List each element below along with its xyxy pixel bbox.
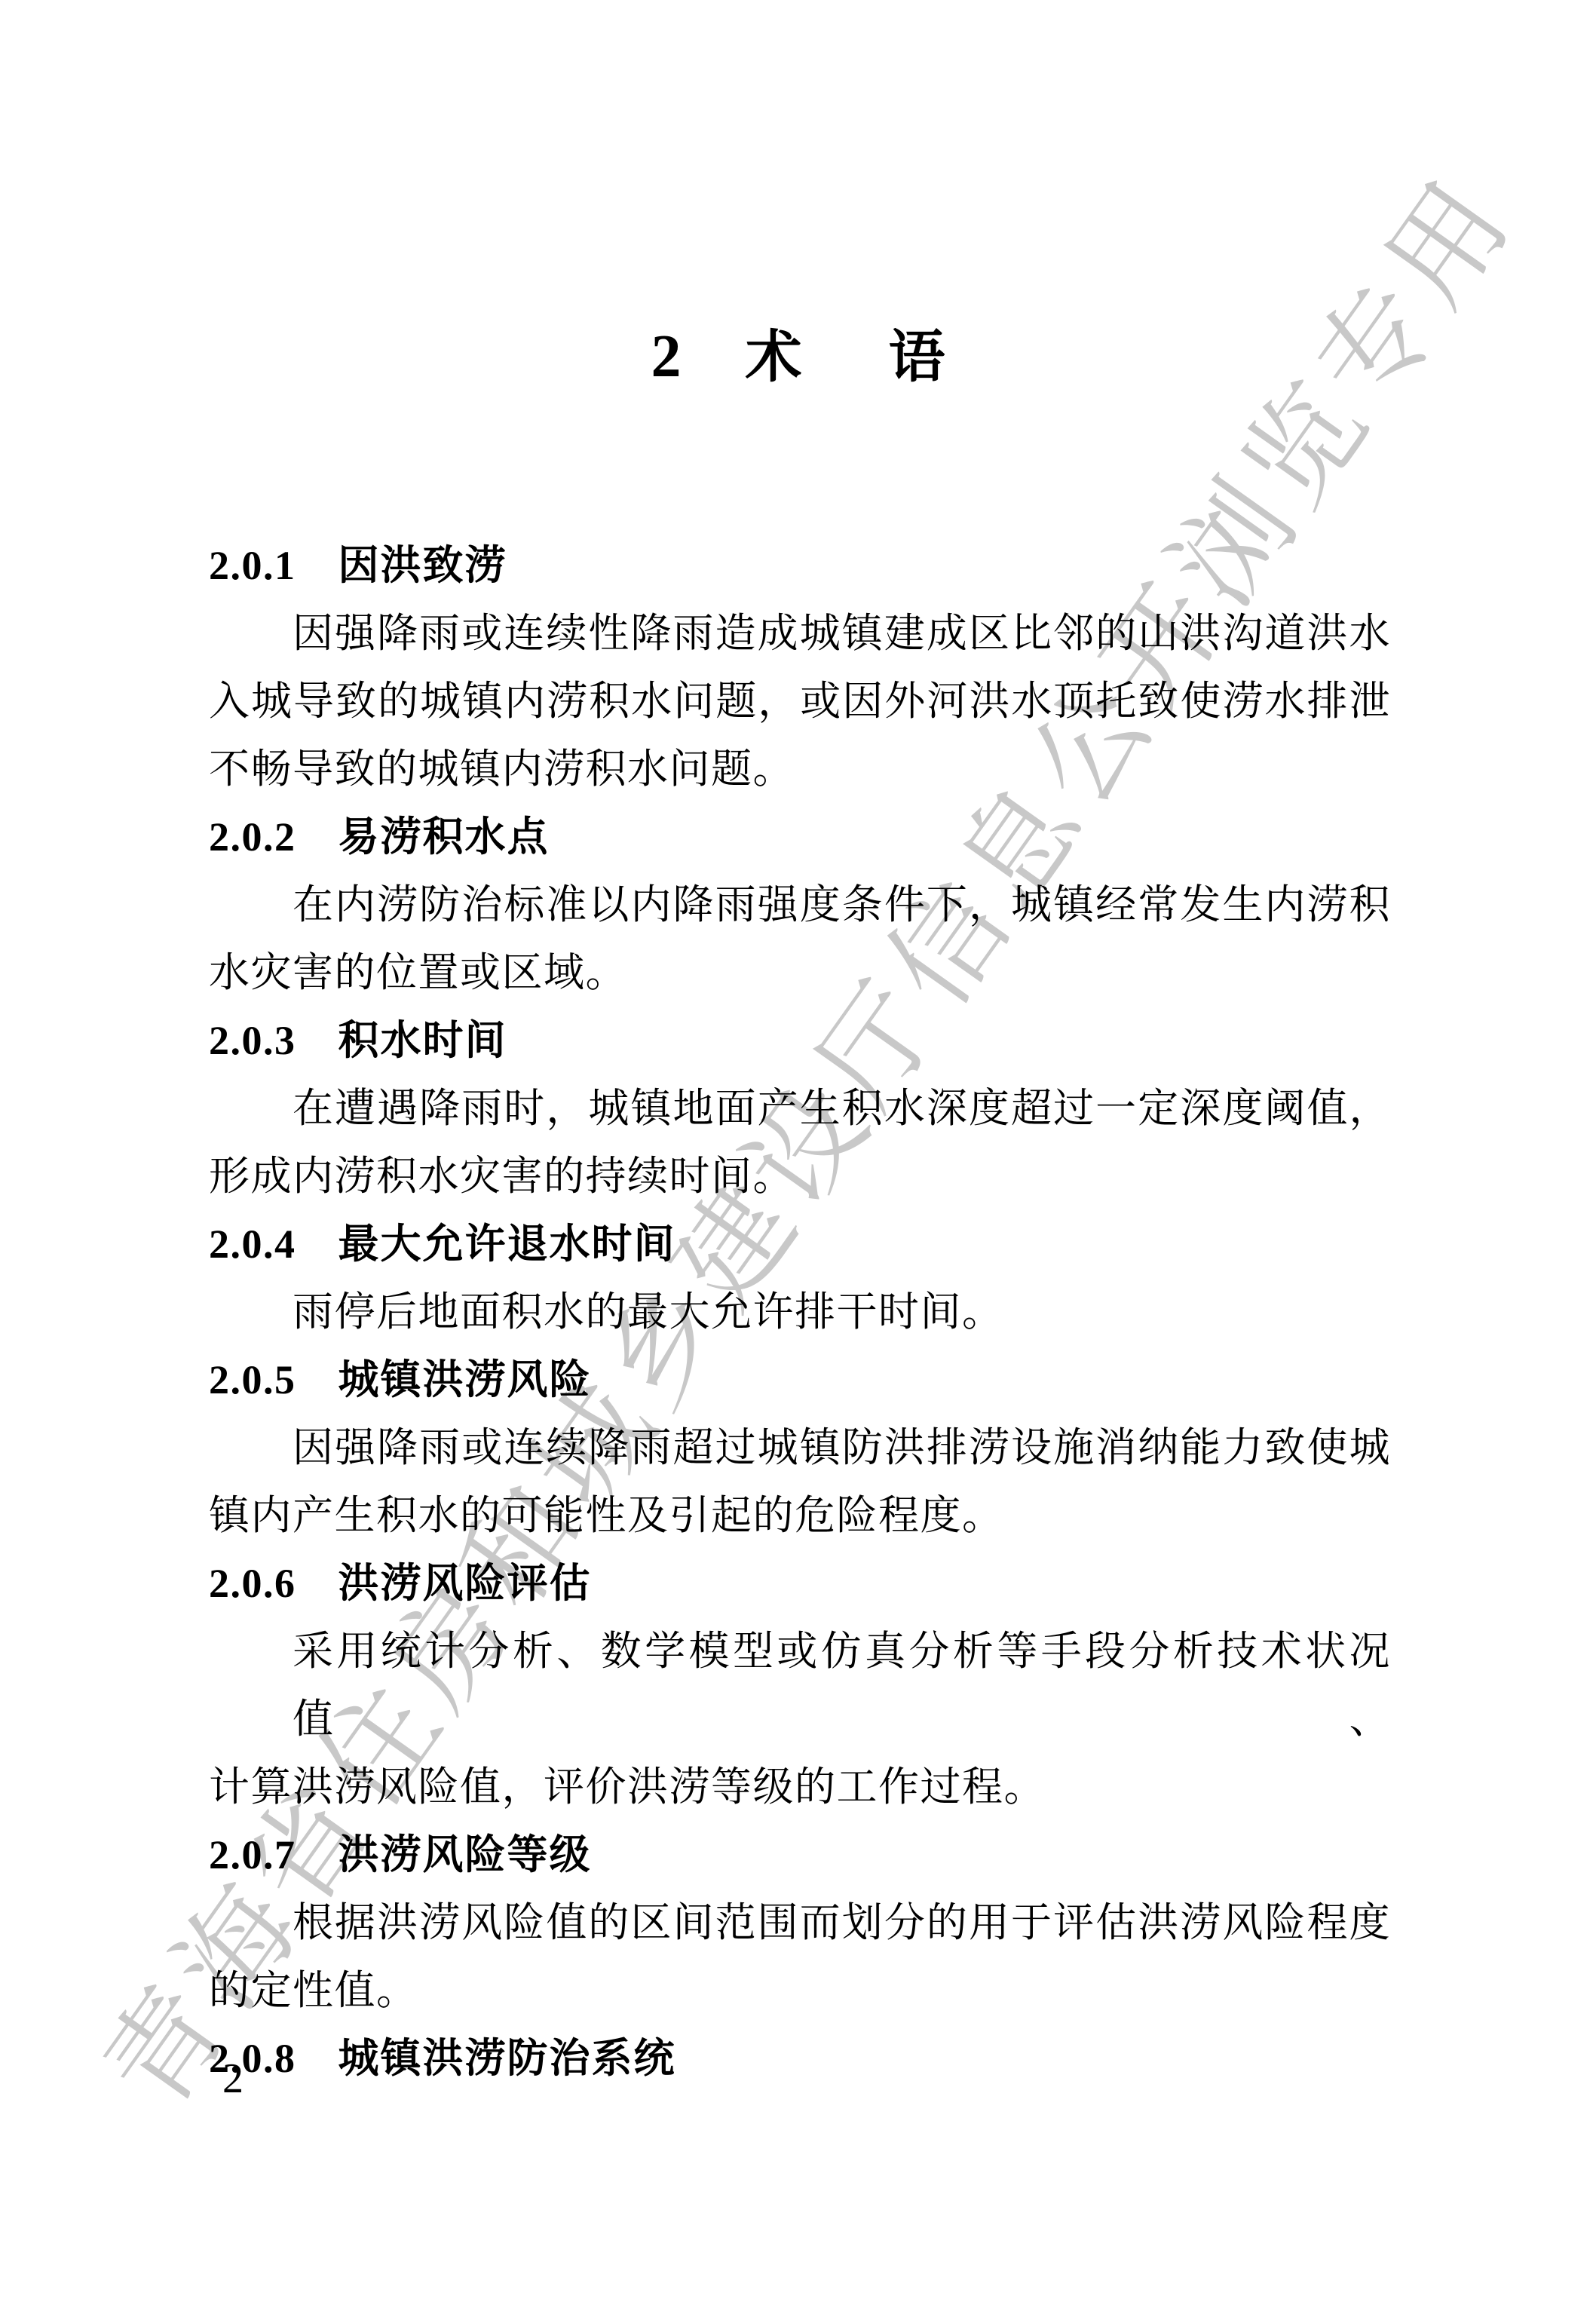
chapter-number: 2	[651, 323, 681, 390]
clause-number: 2.0.6	[209, 1561, 296, 1606]
paragraph-line: 在遭遇降雨时，城镇地面产生积水深度超过一定深度阈值，	[209, 1074, 1391, 1142]
clause-heading-2-0-3: 2.0.3积水时间	[209, 1007, 1391, 1074]
document-page: 青海省住房和城乡建设厅信息公开浏览专用 2术语 2.0.1因洪致涝 因强降雨或连…	[0, 0, 1596, 2314]
clause-term: 城镇洪涝防治系统	[338, 2036, 676, 2081]
clause-heading-2-0-2: 2.0.2易涝积水点	[209, 803, 1391, 871]
terms-body: 2.0.1因洪致涝 因强降雨或连续性降雨造成城镇建成区比邻的山洪沟道洪水 入城导…	[209, 532, 1391, 2092]
chapter-title: 2术语	[0, 323, 1596, 407]
clause-term: 洪涝风险评估	[338, 1561, 592, 1606]
clause-number: 2.0.7	[209, 1832, 296, 1877]
clause-number: 2.0.5	[209, 1357, 296, 1402]
paragraph-line: 入城导致的城镇内涝积水问题，或因外河洪水顶托致使涝水排泄	[209, 667, 1391, 735]
clause-number: 2.0.1	[209, 543, 296, 588]
paragraph-line: 形成内涝积水灾害的持续时间。	[209, 1142, 1391, 1210]
paragraph-line: 不畅导致的城镇内涝积水问题。	[209, 735, 1391, 803]
page-number: 2	[222, 2045, 244, 2113]
chapter-title-word-2: 语	[889, 325, 945, 388]
paragraph-line: 采用统计分析、数学模型或仿真分析等手段分析技术状况值、	[209, 1617, 1391, 1753]
paragraph-line: 的定性值。	[209, 1957, 1391, 2024]
clause-term: 洪涝风险等级	[338, 1832, 592, 1877]
clause-heading-2-0-7: 2.0.7洪涝风险等级	[209, 1821, 1391, 1889]
clause-term: 因洪致涝	[338, 543, 507, 588]
paragraph-line: 在内涝防治标准以内降雨强度条件下，城镇经常发生内涝积	[209, 871, 1391, 939]
clause-term: 积水时间	[338, 1018, 507, 1063]
paragraph-line: 雨停后地面积水的最大允许排干时间。	[209, 1278, 1391, 1346]
clause-term: 城镇洪涝风险	[338, 1357, 592, 1402]
clause-number: 2.0.2	[209, 814, 296, 860]
clause-heading-2-0-6: 2.0.6洪涝风险评估	[209, 1549, 1391, 1617]
clause-heading-2-0-5: 2.0.5城镇洪涝风险	[209, 1346, 1391, 1414]
paragraph-line: 因强降雨或连续降雨超过城镇防洪排涝设施消纳能力致使城	[209, 1414, 1391, 1482]
chapter-title-word-1: 术	[745, 325, 801, 388]
clause-heading-2-0-8: 2.0.8城镇洪涝防治系统	[209, 2024, 1391, 2092]
paragraph-line: 因强降雨或连续性降雨造成城镇建成区比邻的山洪沟道洪水	[209, 599, 1391, 667]
clause-term: 易涝积水点	[338, 814, 550, 860]
paragraph-line: 镇内产生积水的可能性及引起的危险程度。	[209, 1482, 1391, 1549]
clause-number: 2.0.4	[209, 1221, 296, 1267]
clause-term: 最大允许退水时间	[338, 1221, 676, 1267]
clause-heading-2-0-1: 2.0.1因洪致涝	[209, 532, 1391, 599]
paragraph-line: 计算洪涝风险值，评价洪涝等级的工作过程。	[209, 1753, 1391, 1821]
paragraph-line: 根据洪涝风险值的区间范围而划分的用于评估洪涝风险程度	[209, 1889, 1391, 1957]
paragraph-line: 水灾害的位置或区域。	[209, 939, 1391, 1007]
clause-heading-2-0-4: 2.0.4最大允许退水时间	[209, 1210, 1391, 1278]
clause-number: 2.0.3	[209, 1018, 296, 1063]
